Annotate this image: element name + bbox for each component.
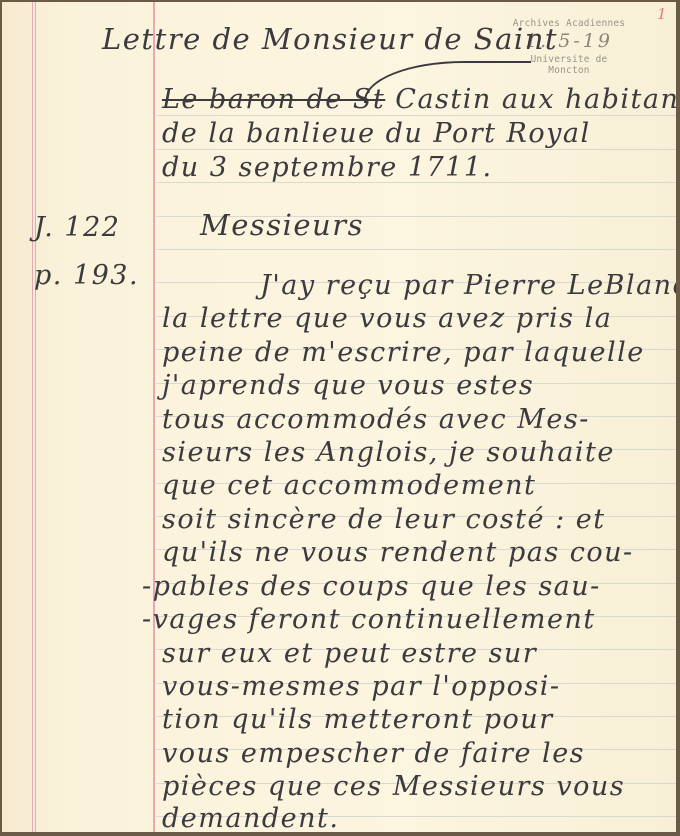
body-line: tion qu'ils metteront pour [162, 704, 554, 735]
salutation: Messieurs [200, 208, 364, 242]
body-line: -pables des coups que les sau- [142, 571, 601, 602]
body-line: vous-mesmes par l'opposi- [162, 671, 560, 702]
body-line: que cet accommodement [162, 470, 536, 501]
ruled-line [156, 249, 676, 250]
ruled-line [156, 149, 676, 150]
body-line: soit sincère de leur costé : et [162, 504, 606, 535]
ruled-line [156, 115, 676, 116]
left-margin-line [32, 2, 33, 832]
body-line: tous accommodés avec Mes- [162, 404, 590, 435]
body-line: peine de m'escrire, par laquelle [162, 337, 645, 368]
document-page: 1 Archives Acadiennes 1. 5-19 Universite… [2, 2, 676, 832]
margin-ref-volume: J. 122 [34, 212, 120, 243]
body-line: pièces que ces Messieurs vous [162, 771, 625, 802]
body-line: sur eux et peut estre sur [162, 638, 537, 669]
body-line: demandent. [162, 803, 339, 832]
body-line: la lettre que vous avez pris la [162, 303, 612, 334]
left-margin-line [35, 2, 36, 832]
body-text: j'aprends que vous estes [162, 370, 534, 401]
page-number: 1 [657, 5, 667, 23]
heading-line-3: du 3 septembre 1711. [162, 152, 493, 183]
text-margin-line [153, 2, 155, 832]
body-line: qu'ils ne vous rendent pas cou- [162, 537, 634, 568]
heading-line-1: Le baron de St Castin aux habitans [162, 84, 676, 115]
letter-title: Lettre de Monsieur de Saint [102, 22, 558, 56]
body-line: J'ay reçu par Pierre LeBlanc [260, 270, 676, 301]
body-line: sieurs les Anglois, je souhaite [162, 437, 615, 468]
struck-text: Le baron de St [162, 84, 385, 115]
margin-ref-page: p. 193. [34, 260, 139, 291]
heading-line-2: de la banlieue du Port Royal [162, 118, 591, 149]
body-line: -vages feront continuellement [142, 604, 596, 635]
body-line: j'aprends que vous estes [162, 370, 534, 401]
body-line: vous empescher de faire les [162, 738, 585, 769]
heading-text: Castin aux habitans [385, 84, 676, 115]
